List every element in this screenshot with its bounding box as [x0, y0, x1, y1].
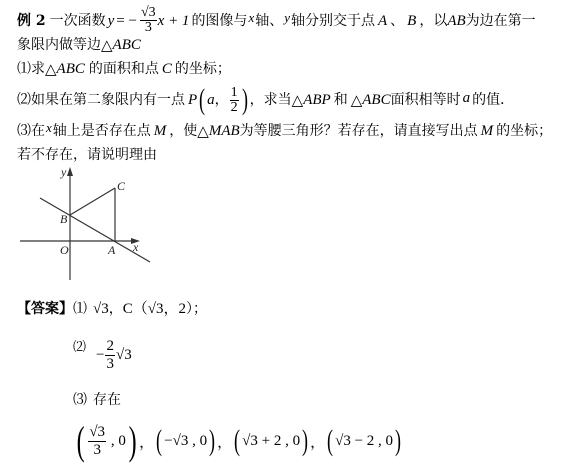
text: 存在: [93, 391, 121, 409]
text: 象限内做等边: [17, 36, 101, 54]
text: ，求当: [250, 91, 292, 109]
text: 、: [390, 12, 404, 30]
label-b: B: [60, 212, 68, 226]
text: 为边在第一: [466, 12, 536, 30]
text: ⑶: [73, 391, 87, 409]
text: 轴、: [255, 12, 283, 30]
var-y: y: [108, 12, 115, 30]
text: 的值．: [472, 91, 514, 109]
paren-open: (: [199, 85, 205, 115]
fraction: 23: [105, 338, 115, 373]
text: ，: [139, 431, 154, 452]
answer-points: ( √33 , 0 ) ， (−√3 , 0) ， (√3 + 2 , 0) ，…: [74, 419, 403, 463]
label-a: A: [107, 243, 116, 257]
triangle-symbol: △: [197, 122, 209, 140]
text: ，以: [419, 12, 447, 30]
text: 轴分别交于点: [291, 12, 375, 30]
text: 和: [334, 91, 348, 109]
value: 2: [179, 300, 187, 318]
triangle-symbol: △: [351, 91, 363, 109]
fraction: 12: [230, 86, 239, 115]
point-2-x: −√3: [164, 433, 188, 450]
triangle-abp: ABP: [303, 91, 331, 109]
text: ，: [109, 300, 123, 318]
example-label: 例 2: [17, 12, 46, 30]
question-1: ⑴求 △ ABC 的面积和点 C 的坐标；: [17, 60, 231, 78]
triangle-symbol: △: [101, 36, 113, 54]
text: ⑵如果在第二象限内有一点: [17, 91, 185, 109]
point-4-x: √3 − 2: [335, 433, 374, 450]
label-y: y: [60, 165, 67, 179]
value: √3: [93, 300, 109, 318]
y-arrow-icon: [67, 167, 73, 176]
text: ，: [310, 431, 325, 452]
text: ，: [217, 431, 232, 452]
point-m: M: [154, 122, 167, 140]
text: 一次函数: [50, 12, 106, 30]
answer-3: ⑶ 存在: [73, 391, 121, 409]
text: 为等腰三角形？若存在，请直接写出点: [240, 122, 478, 140]
segment-ab: AB: [447, 12, 465, 30]
text: ⑶在: [17, 122, 45, 140]
text: 的坐标；: [175, 60, 231, 78]
var-a: a: [207, 91, 215, 109]
point-m: M: [481, 122, 494, 140]
value: C（: [123, 300, 148, 318]
text: 的图像与: [191, 12, 247, 30]
coordinate-diagram: y x O A B C: [0, 160, 180, 290]
minus: −: [96, 347, 104, 364]
problem-line-1: 例 2 一次函数 y = − √33 x + 1 的图像与 x 轴、 y 轴分别…: [17, 6, 536, 35]
point-3-x: √3 + 2: [242, 433, 281, 450]
text: ，: [163, 300, 178, 318]
point-3-y: 0: [293, 433, 301, 450]
point-1-x: √33: [88, 424, 106, 459]
question-2: ⑵如果在第二象限内有一点 P ( a ， 12 ) ，求当 △ ABP 和 △ …: [17, 85, 514, 115]
point-c: C: [162, 60, 172, 78]
point-p: P: [188, 91, 197, 109]
point-a: A: [378, 12, 387, 30]
label-o: O: [60, 243, 69, 257]
root: √3: [116, 347, 132, 364]
label-c: C: [117, 179, 126, 193]
problem-line-2: 象限内做等边 △ ABC: [17, 36, 141, 54]
text: 轴上是否存在点: [53, 122, 151, 140]
point-2-y: 0: [200, 433, 208, 450]
triangle-symbol: △: [292, 91, 304, 109]
text: 面积相等时: [391, 91, 461, 109]
triangle-symbol: △: [45, 60, 57, 78]
paren-close: ): [242, 85, 248, 115]
triangle-abc: ABC: [57, 60, 85, 78]
question-3: ⑶在 x 轴上是否存在点 M ，使 △ MAB 为等腰三角形？若存在，请直接写出…: [17, 122, 552, 140]
equals-minus: = −: [116, 12, 137, 30]
segment-bc: [70, 188, 115, 215]
var-y: y: [284, 9, 290, 27]
text: 的坐标；: [496, 122, 552, 140]
answer-label: 【答案】: [17, 300, 73, 318]
text: ，: [215, 91, 229, 109]
point-4-y: 0: [386, 433, 394, 450]
text: ⑴: [73, 300, 87, 318]
text: ）；: [186, 300, 207, 318]
triangle-abc: ABC: [362, 91, 390, 109]
var-a: a: [463, 89, 471, 107]
answer-1: 【答案】 ⑴ √3 ， C（ √3 ， 2 ）；: [17, 300, 207, 318]
text: ，使: [169, 122, 197, 140]
text: ⑴求: [17, 60, 45, 78]
label-x: x: [132, 240, 139, 254]
var-x: x: [46, 119, 52, 137]
fraction: √33: [140, 6, 157, 35]
point-1-y: 0: [118, 433, 126, 450]
value: √3: [148, 300, 164, 318]
text: 的面积和点: [89, 60, 159, 78]
triangle-mab: MAB: [209, 122, 240, 140]
var-x: x: [248, 9, 254, 27]
text: ⑵: [73, 336, 86, 355]
function-rest: x + 1: [158, 12, 190, 30]
point-b: B: [407, 12, 416, 30]
answer-2: ⑵ − 23 √3: [73, 336, 132, 373]
triangle-abc: ABC: [113, 36, 141, 54]
